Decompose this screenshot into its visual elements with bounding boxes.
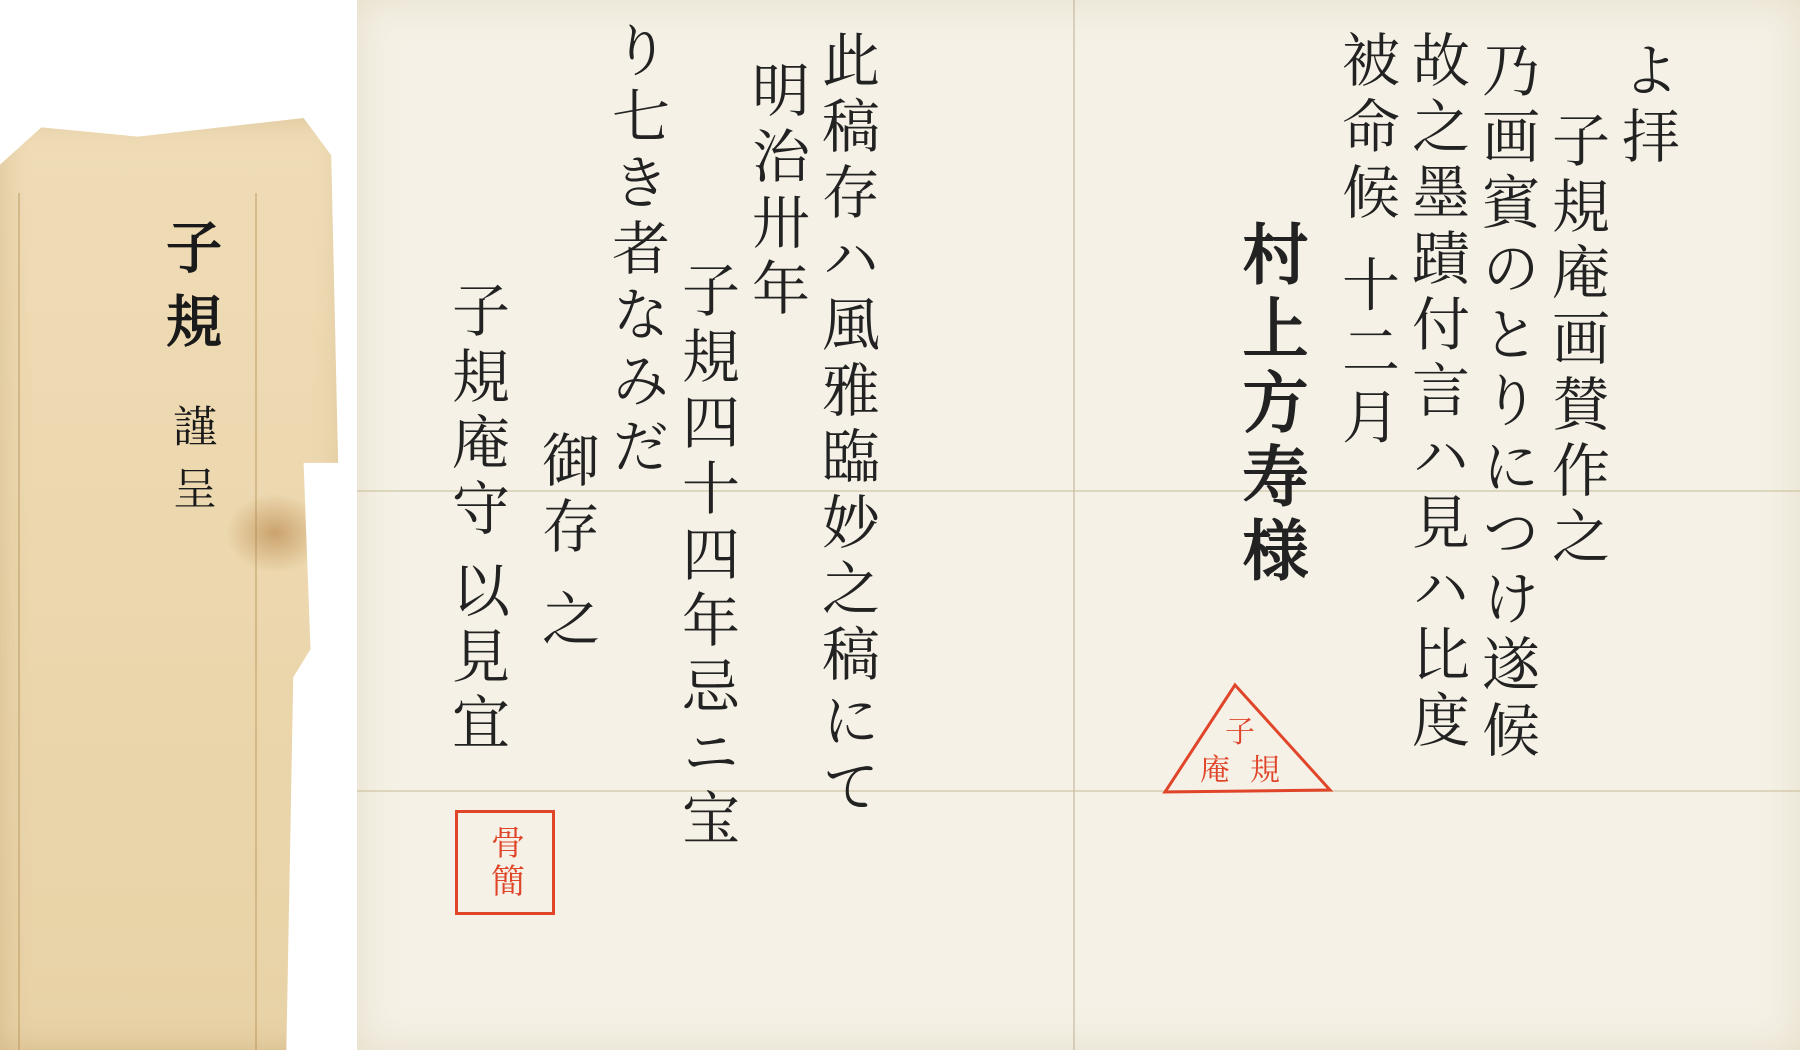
letter-column: 此稿存ハ風雅臨妙之稿にて: [817, 30, 875, 822]
square-seal: 骨簡: [455, 810, 555, 915]
letter-sheet: よ拝 子規庵画賛作之 乃画賓のとりにつけ遂候 故之墨蹟付言ハ見ハ比度 被命候 十…: [357, 0, 1800, 1050]
letter-column: 被命候 十二月: [1337, 30, 1395, 452]
letter-column: よ拝: [1617, 40, 1675, 172]
water-stain: [225, 493, 325, 573]
svg-text:規: 規: [1250, 753, 1280, 788]
letter-column: 子規庵画賛作之: [1547, 110, 1605, 572]
letter-fold-vertical: [1073, 0, 1075, 1050]
envelope-closing: 謹呈: [165, 404, 216, 528]
letter-column: 故之墨蹟付言ハ見ハ比度: [1407, 30, 1465, 756]
triangle-seal: 子 庵 規: [1160, 680, 1340, 800]
envelope: 子規 謹呈: [0, 118, 345, 1050]
svg-text:庵: 庵: [1200, 753, 1230, 788]
letter-column: り七き者なみだ: [607, 20, 665, 482]
letter-column: 以見宜: [447, 560, 505, 758]
envelope-inscription: 子規 謹呈: [150, 218, 230, 528]
envelope-fold: [255, 193, 257, 1050]
letter-column: 乃画賓のとりにつけ遂候: [1477, 40, 1535, 766]
letter-fold-horizontal: [357, 790, 1800, 792]
letter-column: 明治卅年: [747, 60, 805, 324]
svg-text:子: 子: [1225, 715, 1255, 750]
envelope-fold: [18, 193, 20, 1050]
addressee: 村上方寿様: [1237, 220, 1303, 590]
envelope-name: 子規: [157, 218, 223, 366]
letter-column: 御存 之: [537, 430, 595, 654]
letter-column: 子規四十四年忌ニ宝: [677, 260, 735, 854]
signature: 子規庵守: [447, 280, 505, 544]
